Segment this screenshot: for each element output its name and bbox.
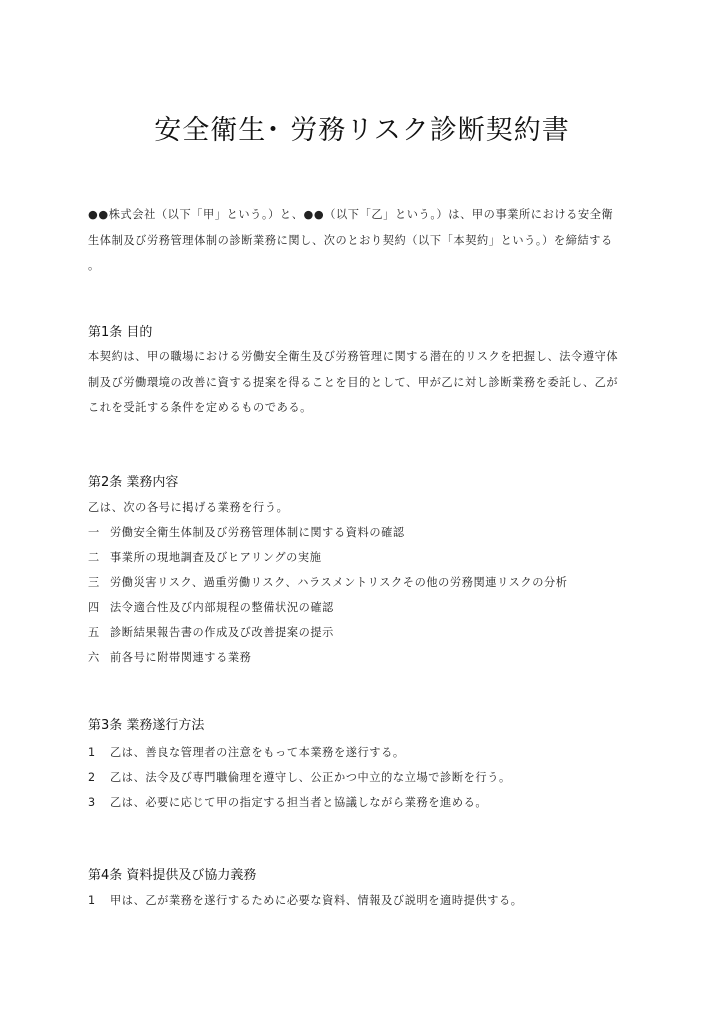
list-item: 五診断結果報告書の作成及び改善提案の提示 (88, 624, 334, 640)
item-text: 甲は、乙が業務を遂行するために必要な資料、情報及び説明を適時提供する。 (110, 894, 523, 907)
list-item: 1乙は、善良な管理者の注意をもって本業務を遂行する。 (88, 744, 405, 760)
item-number: 1 (88, 894, 110, 907)
article-heading: 第1条 目的 (88, 321, 152, 340)
document-page: 安全衛生･ 労務リスク診断契約書 ●●株式会社（以下「甲」という。）と、●●（以… (0, 0, 724, 1024)
item-text: 乙は、法令及び専門職倫理を遵守し、公正かつ中立的な立場で診断を行う。 (110, 771, 511, 784)
item-number: 五 (88, 624, 110, 640)
item-text: 事業所の現地調査及びヒアリングの実施 (110, 551, 322, 564)
item-text: 労働安全衛生体制及び労務管理体制に関する資料の確認 (110, 526, 405, 539)
item-text: 乙は、善良な管理者の注意をもって本業務を遂行する。 (110, 746, 405, 759)
preamble-line: 。 (88, 254, 648, 278)
article-line: 本契約は、甲の職場における労働安全衛生及び労務管理に関する潜在的リスクを把握し、… (88, 345, 648, 369)
item-text: 前各号に附帯関連する業務 (110, 651, 251, 664)
item-number: 2 (88, 771, 110, 784)
list-item: 四法令適合性及び内部規程の整備状況の確認 (88, 599, 334, 615)
article-heading: 第3条 業務遂行方法 (88, 714, 204, 733)
item-number: 一 (88, 524, 110, 540)
list-item: 1甲は、乙が業務を遂行するために必要な資料、情報及び説明を適時提供する。 (88, 892, 523, 908)
list-item: 六前各号に附帯関連する業務 (88, 649, 251, 665)
document-title: 安全衛生･ 労務リスク診断契約書 (0, 108, 724, 147)
item-text: 乙は、必要に応じて甲の指定する担当者と協議しながら業務を進める。 (110, 796, 487, 809)
item-number: 四 (88, 599, 110, 615)
item-number: 3 (88, 796, 110, 809)
list-item: 二事業所の現地調査及びヒアリングの実施 (88, 549, 322, 565)
item-text: 法令適合性及び内部規程の整備状況の確認 (110, 601, 334, 614)
preamble-line: ●●株式会社（以下「甲」という。）と、●●（以下「乙」という。）は、甲の事業所に… (88, 203, 648, 227)
item-number: 1 (88, 746, 110, 759)
item-number: 三 (88, 574, 110, 590)
list-item: 一労働安全衛生体制及び労務管理体制に関する資料の確認 (88, 524, 405, 540)
article-heading: 第4条 資料提供及び協力義務 (88, 864, 256, 883)
item-number: 二 (88, 549, 110, 565)
item-text: 労働災害リスク、過重労働リスク、ハラスメントリスクその他の労務関連リスクの分析 (110, 576, 568, 589)
article-heading: 第2条 業務内容 (88, 471, 178, 490)
list-item: 3乙は、必要に応じて甲の指定する担当者と協議しながら業務を進める。 (88, 794, 487, 810)
item-number: 六 (88, 649, 110, 665)
preamble-line: 生体制及び労務管理体制の診断業務に関し、次のとおり契約（以下「本契約」という。）… (88, 229, 648, 253)
list-item: 2乙は、法令及び専門職倫理を遵守し、公正かつ中立的な立場で診断を行う。 (88, 769, 511, 785)
article-line: 制及び労働環境の改善に資する提案を得ることを目的として、甲が乙に対し診断業務を委… (88, 371, 648, 395)
article-intro: 乙は、次の各号に掲げる業務を行う。 (88, 499, 288, 515)
list-item: 三労働災害リスク、過重労働リスク、ハラスメントリスクその他の労務関連リスクの分析 (88, 574, 568, 590)
item-text: 診断結果報告書の作成及び改善提案の提示 (110, 626, 334, 639)
article-line: これを受託する条件を定めるものである。 (88, 396, 648, 420)
